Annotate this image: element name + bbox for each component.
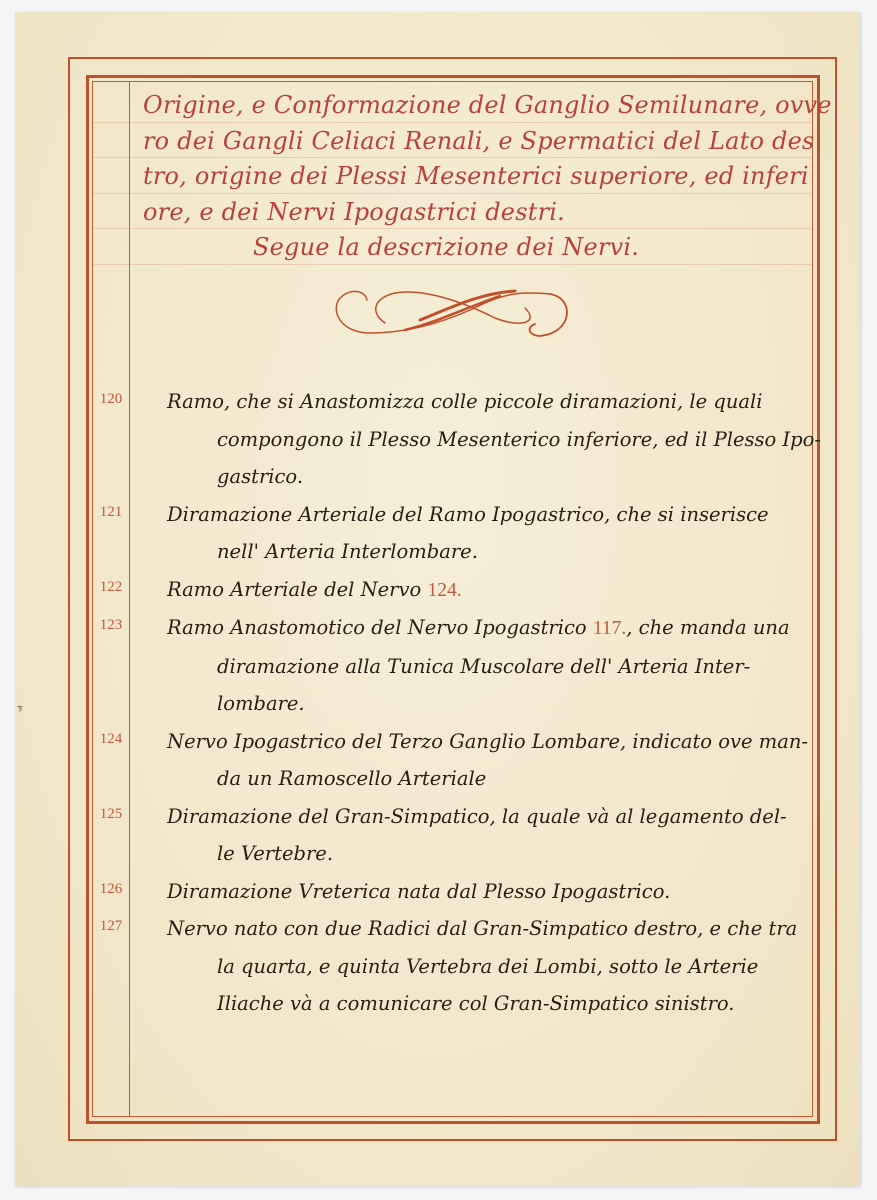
- entry-text: Ramo Anastomotico del Nervo Ipogastrico: [167, 616, 587, 639]
- heading-subtitle: Segue la descrizione dei Nervi.: [143, 230, 813, 266]
- list-item: 120 Ramo, che si Anastomizza colle picco…: [93, 383, 813, 496]
- entry-line: Diramazione Arteriale del Ramo Ipogastri…: [167, 496, 813, 534]
- entry-line: la quarta, e quinta Vertebra dei Lombi, …: [167, 948, 813, 986]
- entry-line: da un Ramoscello Arteriale: [167, 760, 813, 798]
- entry-line: Nervo nato con due Radici dal Gran-Simpa…: [167, 910, 813, 948]
- list-item: 123 Ramo Anastomotico del Nervo Ipogastr…: [93, 609, 813, 723]
- list-item: 124 Nervo Ipogastrico del Terzo Ganglio …: [93, 723, 813, 798]
- list-item: 121 Diramazione Arteriale del Ramo Ipoga…: [93, 496, 813, 571]
- entry-line: compongono il Plesso Mesenterico inferio…: [167, 421, 813, 459]
- entry-list: 120 Ramo, che si Anastomizza colle picco…: [93, 383, 813, 1023]
- entry-text: Ramo Arteriale del Nervo: [167, 578, 421, 601]
- entry-number: 126: [93, 881, 129, 898]
- entry-line: Iliache và a comunicare col Gran-Simpati…: [167, 985, 813, 1023]
- entry-line: le Vertebre.: [167, 835, 813, 873]
- entry-number: 125: [93, 806, 129, 823]
- entry-line: Nervo Ipogastrico del Terzo Ganglio Lomb…: [167, 723, 813, 761]
- entry-line: Ramo Anastomotico del Nervo Ipogastrico …: [167, 609, 813, 648]
- entry-number: 127: [93, 918, 129, 935]
- entry-number: 121: [93, 504, 129, 521]
- entry-number: 124: [93, 731, 129, 748]
- entry-number: 122: [93, 579, 129, 596]
- entry-line: lombare.: [167, 685, 813, 723]
- list-item: 122 Ramo Arteriale del Nervo 124.: [93, 571, 813, 610]
- entry-line: Ramo Arteriale del Nervo 124.: [167, 571, 813, 610]
- heading-line: ro dei Gangli Celiaci Renali, e Spermati…: [143, 124, 813, 160]
- entry-number: 123: [93, 617, 129, 634]
- heading-line: ore, e dei Nervi Ipogastrici destri.: [143, 195, 813, 231]
- list-item: 125 Diramazione del Gran-Simpatico, la q…: [93, 798, 813, 873]
- entry-line: Diramazione Vreterica nata dal Plesso Ip…: [167, 873, 813, 911]
- heading-line: Origine, e Conformazione del Ganglio Sem…: [143, 88, 813, 124]
- heading-line: tro, origine dei Plessi Mesenterici supe…: [143, 159, 813, 195]
- entry-text: , che manda una: [626, 616, 789, 639]
- ink-blot: ⸇: [17, 702, 23, 719]
- entry-number: 120: [93, 391, 129, 408]
- entry-line: diramazione alla Tunica Muscolare dell' …: [167, 648, 813, 686]
- list-item: 126 Diramazione Vreterica nata dal Pless…: [93, 873, 813, 911]
- entry-line: Ramo, che si Anastomizza colle piccole d…: [167, 383, 813, 421]
- cross-reference: 124.: [427, 580, 461, 601]
- cross-reference: 117.: [593, 618, 626, 639]
- entry-line: gastrico.: [167, 458, 813, 496]
- entry-line: Diramazione del Gran-Simpatico, la quale…: [167, 798, 813, 836]
- list-item: 127 Nervo nato con due Radici dal Gran-S…: [93, 910, 813, 1023]
- entry-line: nell' Arteria Interlombare.: [167, 533, 813, 571]
- section-heading: Origine, e Conformazione del Ganglio Sem…: [143, 88, 813, 266]
- flourish-ornament-icon: [325, 278, 585, 338]
